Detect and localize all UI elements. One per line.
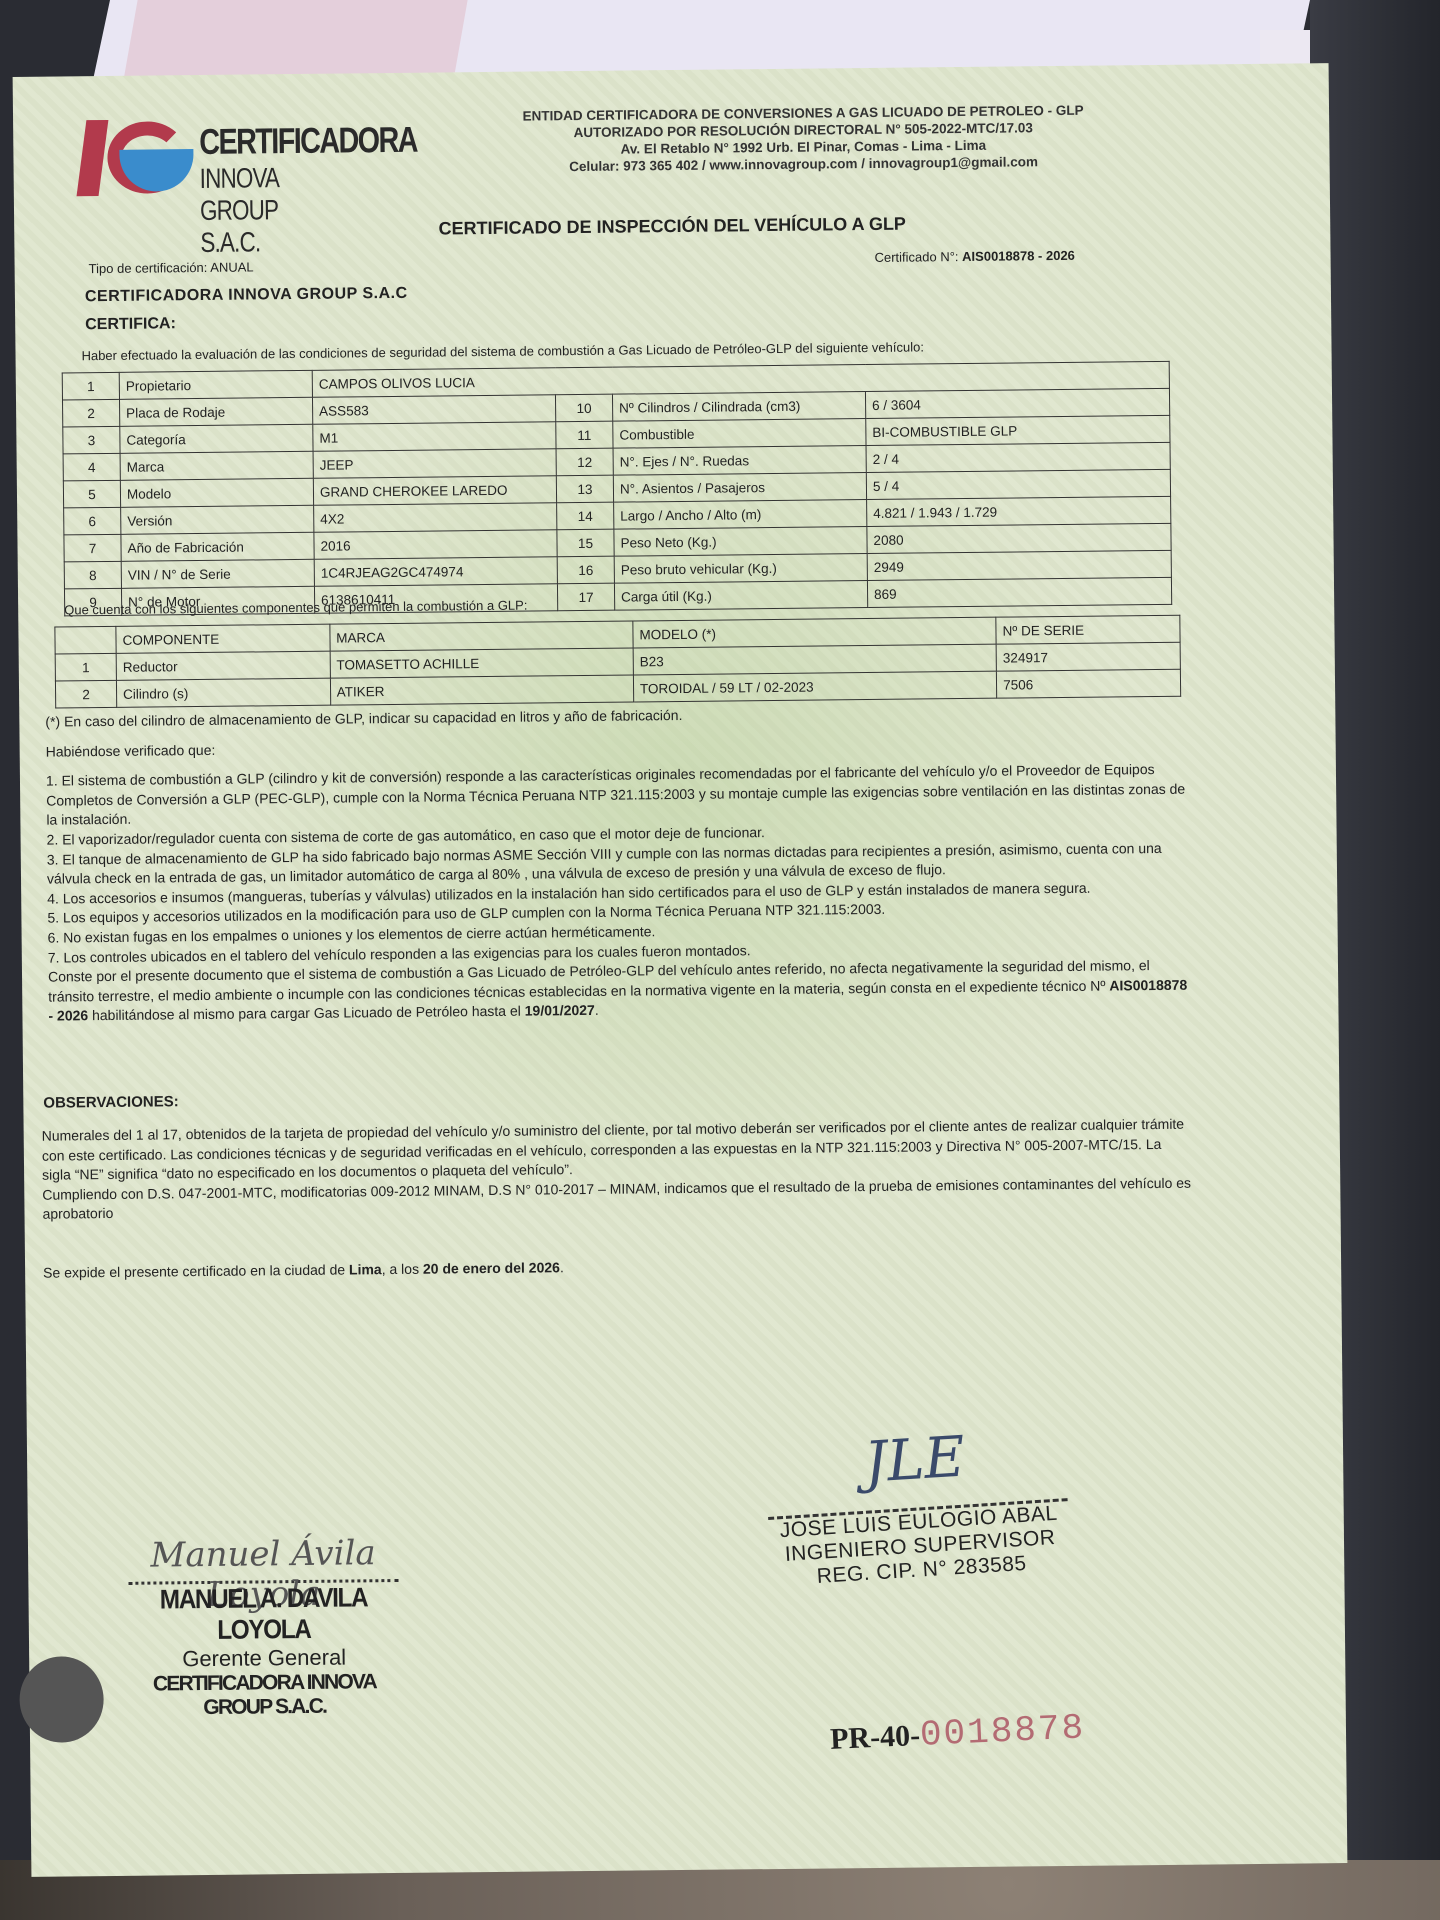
issued-date: 20 de enero del 2026 xyxy=(423,1259,560,1276)
signature-block-manager: Manuel Ávila Loyola MANUEL A. DAVILA LOY… xyxy=(118,1533,410,1721)
certificate-number: Certificado N°: AIS0018878 - 2026 xyxy=(874,248,1074,265)
issued-city: Lima xyxy=(349,1261,382,1277)
handwritten-signature: Manuel Ávila Loyola xyxy=(118,1533,408,1582)
intro-text: Haber efectuado la evaluación de las con… xyxy=(81,339,924,363)
signer-name: MANUEL A. DAVILA LOYOLA xyxy=(133,1582,395,1647)
certifica-heading: CERTIFICA: xyxy=(85,315,176,334)
logo-text-line1: CERTIFICADORA xyxy=(199,119,417,163)
vehicle-table: 1 Propietario CAMPOS OLIVOS LUCIA 2Placa… xyxy=(62,361,1172,617)
signer-role: Gerente General xyxy=(119,1644,409,1673)
issued-statement: Se expide el presente certificado en la … xyxy=(43,1259,564,1280)
verification-section: (*) En caso del cilindro de almacenamien… xyxy=(45,701,1188,1027)
signer-organization: CERTIFICADORA INNOVA GROUP S.A.C. xyxy=(119,1670,409,1721)
logo-text-line2: INNOVA GROUP S.A.C. xyxy=(200,162,342,259)
serial-digits: 0018878 xyxy=(919,1707,1086,1755)
conste-paragraph: Conste por el presente documento que el … xyxy=(48,956,1189,1027)
components-table: COMPONENTEMARCAMODELO (*)Nº DE SERIE1Red… xyxy=(54,615,1181,709)
signature-block-supervisor: JLE JOSE LUIS EULOGIO ABAL INGENIERO SUP… xyxy=(763,1418,1072,1592)
certificate-sheet: CERTIFICADORA INNOVA GROUP S.A.C. ENTIDA… xyxy=(13,63,1348,1877)
stamp-circle xyxy=(19,1656,104,1743)
valid-until-date: 19/01/2027 xyxy=(525,1002,595,1019)
observations-title: OBSERVACIONES: xyxy=(43,1093,178,1111)
company-logo: CERTIFICADORA INNOVA GROUP S.A.C. xyxy=(75,113,376,206)
observations-text: Numerales del 1 al 17, obtenidos de la t… xyxy=(42,1115,1193,1225)
certificate-number-label: Certificado N°: xyxy=(874,249,958,265)
company-name: CERTIFICADORA INNOVA GROUP S.A.C xyxy=(85,285,408,306)
entity-info: ENTIDAD CERTIFICADORA DE CONVERSIONES A … xyxy=(473,101,1134,176)
certificate-number-value: AIS0018878 - 2026 xyxy=(962,248,1075,264)
form-serial-number: PR-40-0018878 xyxy=(829,1707,1086,1760)
ig-logo-icon xyxy=(75,115,196,201)
certification-type: Tipo de certificación: ANUAL xyxy=(89,259,254,276)
